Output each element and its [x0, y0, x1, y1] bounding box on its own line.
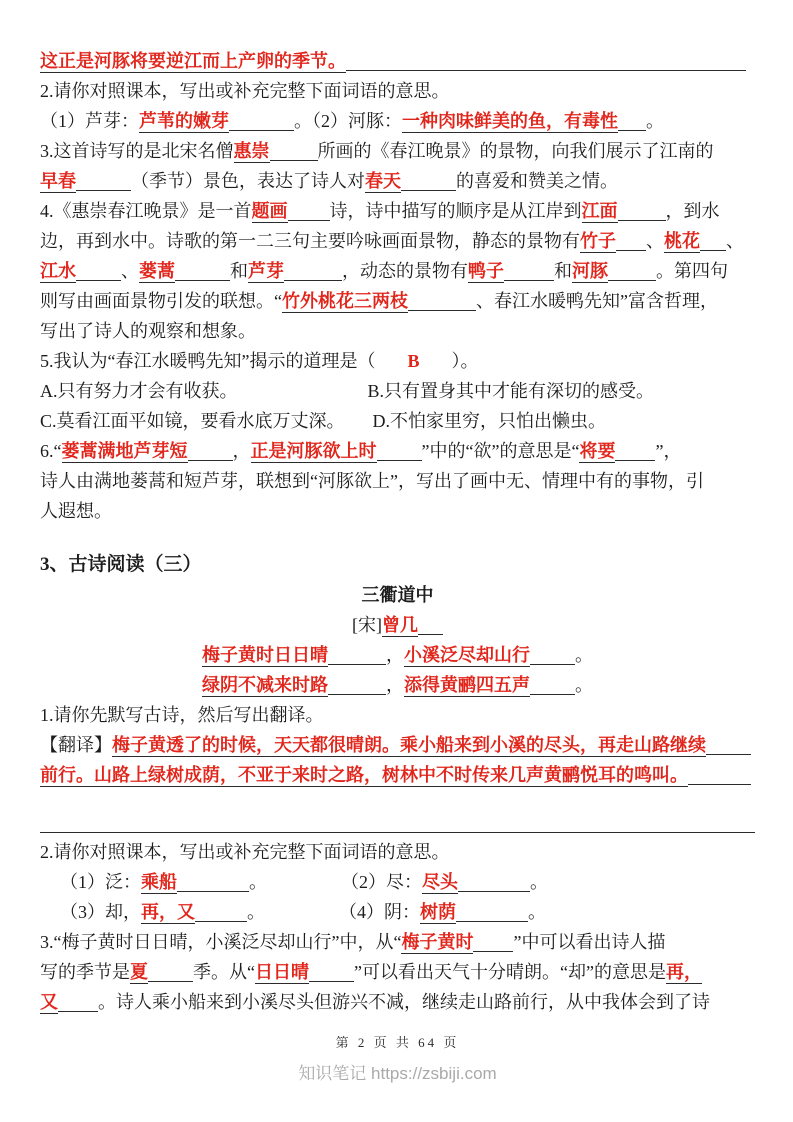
static-text: 三衢道中	[362, 585, 434, 605]
question-6-line-1: 6.“蒌蒿满地芦芽短，正是河豚欲上时”中的“欲”的意思是“将要”，	[40, 436, 755, 466]
answer-text: 乘船	[141, 872, 177, 894]
answer-text: 江水	[40, 261, 76, 283]
answer-text: 小溪泛尽却山行	[404, 645, 530, 667]
answer-blank-underline	[177, 875, 249, 892]
static-text: 的喜爱和赞美之情。	[456, 171, 618, 191]
question-2b-items-34: （3）却，再，又。（4）阴：树荫。	[40, 897, 755, 927]
answer-text: 绿阴不减来时路	[202, 675, 328, 697]
answer-text: 添得黄鹂四五声	[404, 675, 530, 697]
answer-blank-underline	[377, 444, 422, 461]
question-2b-items-12: （1）泛：乘船。（2）尽：尽头。	[40, 867, 755, 897]
answer-text: 尽头	[422, 872, 458, 894]
question-6-line-2: 诗人由满地蒌蒿和短芦芽，联想到“河豚欲上”，写出了画中无、情理中有的事物，引	[40, 466, 755, 496]
static-text: 。	[646, 111, 664, 131]
answer-text: 曾几	[382, 615, 418, 637]
static-text: 1.请你先默写古诗，然后写出翻译。	[40, 705, 324, 725]
static-text: 。诗人乘小船来到小溪尽头但游兴不减，继续走山路前行，从中我体会到了诗	[98, 992, 710, 1012]
static-text: 。	[528, 902, 546, 922]
answer-text: 竹子	[580, 231, 616, 253]
question-3-line-1: 3.这首诗写的是北宋名僧惠崇所画的《春江晚景》的景物，向我们展示了江南的	[40, 136, 755, 166]
static-text: 人遐想。	[40, 501, 112, 521]
static-text: 3、古诗阅读（三）	[40, 554, 202, 575]
answer-text: 树荫	[420, 902, 456, 924]
static-text: 6.“	[40, 441, 62, 461]
answer-blank-underline	[616, 234, 646, 251]
question-4-line-2: 边，再到水中。诗歌的第一二三句主要吟咏画面景物，静态的景物有竹子、桃花、	[40, 226, 755, 256]
static-text: （2）尽：	[341, 872, 422, 892]
answer-text: 梅子黄透了的时候，天天都很晴朗。乘小船来到小溪的尽头，再走山路继续	[112, 735, 706, 757]
section-heading: 3、古诗阅读（三）	[40, 550, 755, 580]
poem-title: 三衢道中	[40, 580, 755, 610]
static-text: 季。从“	[193, 962, 255, 982]
answer-text: 河豚	[572, 261, 608, 283]
translation-line-2: 前行。山路上绿树成荫，不亚于来时之路，树林中不时传来几声黄鹂悦耳的鸣叫。	[40, 760, 755, 790]
answer-text: 江面	[582, 201, 618, 223]
answer-blank-underline	[408, 294, 476, 311]
static-text: 则写由画面景物引发的联想。“	[40, 291, 282, 311]
answer-blank-underline	[288, 204, 330, 221]
answer-blank-underline	[58, 995, 98, 1012]
static-text: 。第四句	[656, 261, 728, 281]
static-text: ，	[233, 441, 251, 461]
static-text: ”，	[655, 441, 681, 461]
static-text: 3.“梅子黄时日日晴，小溪泛尽却山行”中，从“	[40, 932, 401, 952]
static-text: ”中可以看出诗人描	[513, 932, 665, 952]
static-text: 。	[249, 872, 267, 892]
static-text: 写出了诗人的观察和想象。	[40, 321, 256, 341]
answer-blank-underline	[148, 965, 193, 982]
static-text: 4.《惠崇春江晚景》是一首	[40, 201, 252, 221]
translation-line-1: 【翻译】梅子黄透了的时候，天天都很晴朗。乘小船来到小溪的尽头，再走山路继续	[40, 730, 755, 760]
answer-text: 芦苇的嫩芽	[139, 111, 229, 133]
static-text: （3）却，	[60, 902, 141, 922]
static-text: C.莫看江面平如镜，要看水底万丈深。	[40, 411, 345, 431]
answer-blank-underline	[328, 648, 386, 665]
static-text: 所画的《春江晚景》的景物，向我们展示了江南的	[318, 141, 714, 161]
answer-text: 正是河豚欲上时	[251, 441, 377, 463]
static-text: 诗，诗中描写的顺序是从江岸到	[330, 201, 582, 221]
question-3b-line-1: 3.“梅子黄时日日晴，小溪泛尽却山行”中，从“梅子黄时”中可以看出诗人描	[40, 927, 755, 957]
static-text: 。（2）河豚：	[294, 111, 402, 131]
question-2b-prompt: 2.请你对照课本，写出或补充完整下面词语的意思。	[40, 837, 755, 867]
answer-blank-underline	[76, 264, 121, 281]
answer-blank-underline	[188, 444, 233, 461]
static-text: 诗人由满地蒌蒿和短芦芽，联想到“河豚欲上”，写出了画中无、情理中有的事物，引	[40, 471, 704, 491]
static-text: （季节）景色，表达了诗人对	[131, 171, 365, 191]
static-text: [宋]	[352, 615, 382, 635]
static-text: 写的季节是	[40, 962, 130, 982]
answer-text: 芦芽	[248, 261, 284, 283]
answer-text: 蒌蒿满地芦芽短	[62, 441, 188, 463]
static-text: 。	[247, 902, 265, 922]
answer-text: 夏	[130, 962, 148, 984]
static-text: 2.请你对照课本，写出或补充完整下面词语的意思。	[40, 842, 450, 862]
question-4-line-1: 4.《惠崇春江晚景》是一首题画诗，诗中描写的顺序是从江岸到江面，到水	[40, 196, 755, 226]
static-text: D.不怕家里穷，只怕出懒虫。	[373, 411, 607, 431]
static-text: 。	[530, 872, 548, 892]
answer-text: 鸭子	[468, 261, 504, 283]
question-3-line-2: 早春（季节）景色，表达了诗人对春天的喜爱和赞美之情。	[40, 166, 755, 196]
question-4-line-3: 江水、蒌蒿和芦芽，动态的景物有鸭子和河豚。第四句	[40, 256, 755, 286]
question-3b-line-2: 写的季节是夏季。从“日日晴”可以看出天气十分晴朗。“却”的意思是再，	[40, 957, 755, 987]
static-text: ，到水	[666, 201, 720, 221]
answer-blank-underline	[309, 965, 354, 982]
answer-text: 惠崇	[234, 141, 270, 163]
static-text: 和	[554, 261, 572, 281]
static-text: 5.我认为“春江水暖鸭先知”揭示的道理是（	[40, 351, 375, 371]
static-text: 【翻译】	[40, 735, 112, 755]
site-watermark: 知识笔记 https://zsbiji.com	[40, 1062, 755, 1086]
static-text: ，动态的景物有	[342, 261, 468, 281]
answer-blank-underline	[618, 114, 646, 131]
poem-author: [宋]曾几	[40, 610, 755, 640]
answer-text: 这正是河豚将要逆江而上产卵的季节。	[40, 51, 346, 73]
static-text: ，	[386, 645, 404, 665]
static-text: 、春江水暖鸭先知”富含哲理，	[476, 291, 718, 311]
answer-blank-underline	[175, 264, 230, 281]
question-5-prompt: 5.我认为“春江水暖鸭先知”揭示的道理是（B）。	[40, 346, 755, 376]
poem-line-1: 梅子黄时日日晴，小溪泛尽却山行。	[40, 640, 755, 670]
answer-blank-underline	[229, 114, 294, 131]
answer-text: 再，	[666, 962, 702, 984]
answer-blank-underline	[504, 264, 554, 281]
answer-text: 将要	[579, 441, 615, 463]
static-text: 、	[726, 231, 744, 251]
static-text: ，	[386, 675, 404, 695]
static-text: 2.请你对照课本，写出或补充完整下面词语的意思。	[40, 81, 450, 101]
answer-blank-underline	[608, 264, 656, 281]
answer-blank-underline	[270, 144, 318, 161]
question-1-prompt: 1.请你先默写古诗，然后写出翻译。	[40, 700, 755, 730]
answer-blank-underline	[284, 264, 342, 281]
answer-text: 再，又	[141, 902, 195, 924]
answer-blank-underline	[615, 444, 655, 461]
static-text: （1）泛：	[60, 872, 141, 892]
static-text: （4）阴：	[339, 902, 420, 922]
static-text: 。	[575, 675, 593, 695]
blank-answer-line	[40, 802, 755, 833]
answer-blank-underline	[76, 174, 131, 191]
page-number: 第 2 页 共 64 页	[40, 1033, 755, 1053]
answer-blank-underline	[458, 875, 530, 892]
static-text: 、	[121, 261, 139, 281]
answer-blank-underline	[618, 204, 666, 221]
answer-blank-underline	[530, 648, 575, 665]
answer-line-continuation: 这正是河豚将要逆江而上产卵的季节。	[40, 46, 755, 76]
answer-text: 春天	[365, 171, 401, 193]
answer-text: 桃花	[664, 231, 700, 253]
question-2-items: （1）芦芽：芦苇的嫩芽。（2）河豚：一种肉味鲜美的鱼，有毒性。	[40, 106, 755, 136]
static-text: ”可以看出天气十分晴朗。“却”的意思是	[354, 962, 666, 982]
answer-blank-underline	[418, 618, 443, 635]
question-3b-line-3: 又。诗人乘小船来到小溪尽头但游兴不减，继续走山路前行，从中我体会到了诗	[40, 987, 755, 1017]
answer-blank-underline	[401, 174, 456, 191]
question-2-prompt: 2.请你对照课本，写出或补充完整下面词语的意思。	[40, 76, 755, 106]
static-text: 和	[230, 261, 248, 281]
answer-text: 早春	[40, 171, 76, 193]
answer-text: 日日晴	[255, 962, 309, 984]
answer-blank-underline	[530, 678, 575, 695]
worksheet-page: 这正是河豚将要逆江而上产卵的季节。2.请你对照课本，写出或补充完整下面词语的意思…	[0, 0, 793, 1122]
static-text: 3.这首诗写的是北宋名僧	[40, 141, 234, 161]
question-4-line-5: 写出了诗人的观察和想象。	[40, 316, 755, 346]
static-text: ）。	[452, 351, 479, 371]
static-text: （1）芦芽：	[40, 111, 139, 131]
answer-text: 梅子黄时	[401, 932, 473, 954]
answer-text: 一种肉味鲜美的鱼，有毒性	[402, 111, 618, 133]
static-text: 边，再到水中。诗歌的第一二三句主要吟咏画面景物，静态的景物有	[40, 231, 580, 251]
poem-line-2: 绿阴不减来时路，添得黄鹂四五声。	[40, 670, 755, 700]
answer-text: 又	[40, 992, 58, 1014]
question-5-options-ab: A.只有努力才会有收获。B.只有置身其中才能有深切的感受。	[40, 376, 755, 406]
question-4-line-4: 则写由画面景物引发的联想。“竹外桃花三两枝、春江水暖鸭先知”富含哲理，	[40, 286, 755, 316]
answer-text: 前行。山路上绿树成荫，不亚于来时之路，树林中不时传来几声黄鹂悦耳的鸣叫。	[40, 765, 688, 787]
static-text: 、	[646, 231, 664, 251]
answer-blank-underline	[328, 678, 386, 695]
answer-text: 竹外桃花三两枝	[282, 291, 408, 313]
answer-text: 题画	[252, 201, 288, 223]
static-text: ”中的“欲”的意思是“	[422, 441, 580, 461]
question-6-line-3: 人遐想。	[40, 496, 755, 526]
static-text: B.只有置身其中才能有深切的感受。	[368, 381, 655, 401]
answer-blank-underline	[473, 935, 513, 952]
answer-text: 梅子黄时日日晴	[202, 645, 328, 667]
answer-blank-underline	[456, 905, 528, 922]
answer-blank-underline	[700, 234, 726, 251]
static-text: 。	[575, 645, 593, 665]
answer-blank-underline	[195, 905, 247, 922]
question-5-options-cd: C.莫看江面平如镜，要看水底万丈深。D.不怕家里穷，只怕出懒虫。	[40, 406, 755, 436]
document-body: 这正是河豚将要逆江而上产卵的季节。2.请你对照课本，写出或补充完整下面词语的意思…	[40, 46, 755, 1017]
answer-text: 蒌蒿	[139, 261, 175, 283]
static-text: A.只有努力才会有收获。	[40, 381, 238, 401]
answer-blank-underline	[706, 738, 751, 755]
answer-blank-underline	[688, 768, 751, 785]
answer-text: B	[407, 351, 419, 371]
answer-blank-underline	[346, 54, 746, 71]
